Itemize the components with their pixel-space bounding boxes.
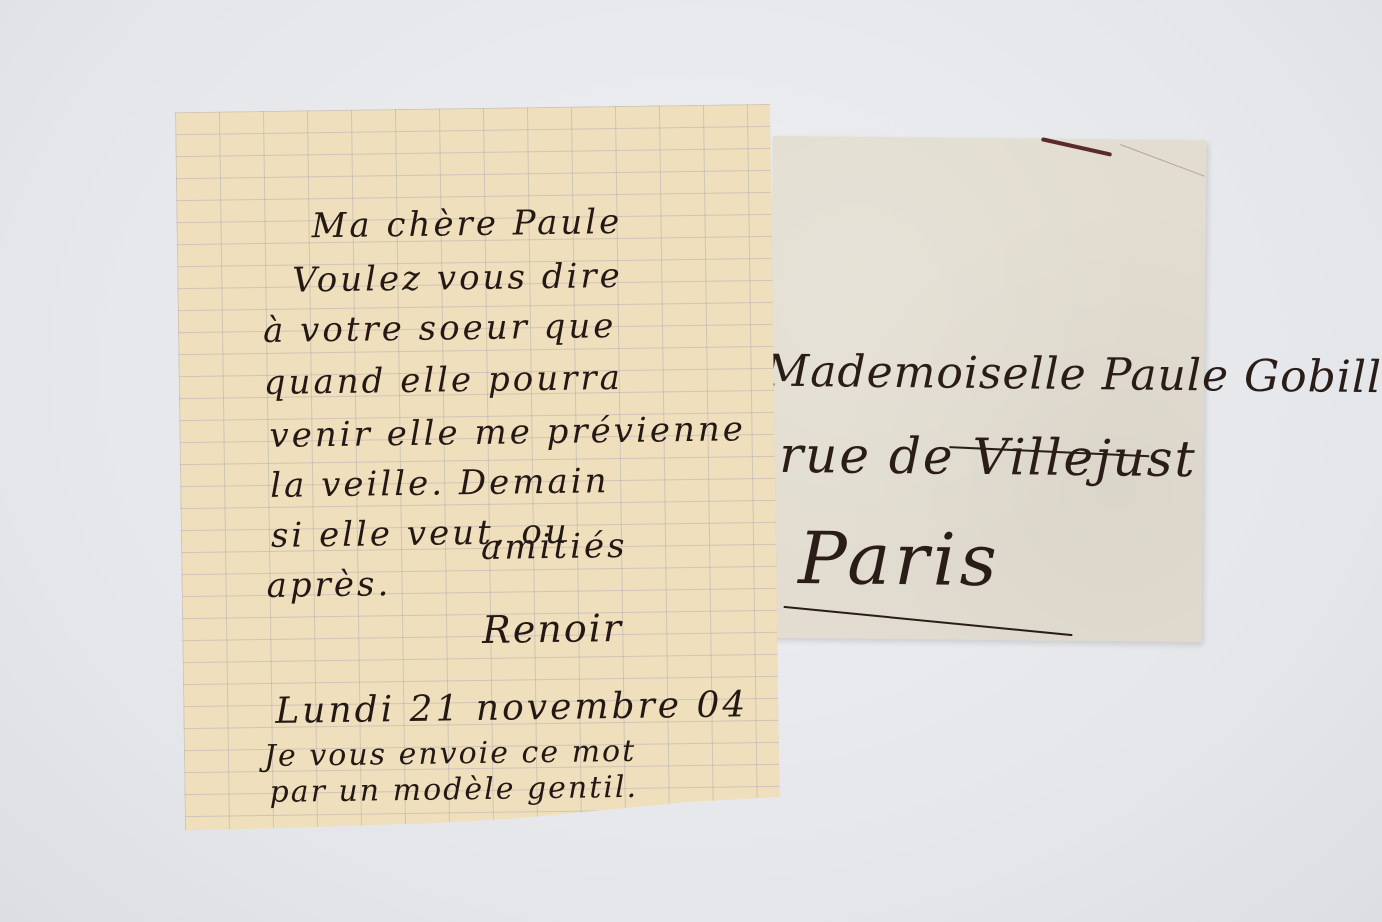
envelope: Mademoiselle Paule Gobillard rue de Vill… <box>767 136 1206 643</box>
letter-postscript: Je vous envoie ce mot <box>264 734 637 774</box>
letter-sheet: Ma chère Paule Voulez vous dire à votre … <box>175 104 780 834</box>
letter-line: quand elle pourra <box>263 358 623 403</box>
letter-line: venir elle me prévienne <box>269 409 746 456</box>
letter-line: après. <box>266 564 391 606</box>
envelope-street: rue de Villejust <box>779 426 1197 488</box>
letter-line: Voulez vous dire <box>292 256 623 301</box>
letter-postscript: par un modèle gentil. <box>269 770 638 810</box>
envelope-addressee: Mademoiselle Paule Gobillard <box>764 346 1382 404</box>
envelope-crease <box>1120 144 1205 177</box>
letter-date: Lundi 21 novembre 04 <box>275 684 749 732</box>
envelope-city-underline <box>784 606 1073 636</box>
envelope-tear <box>1041 137 1112 157</box>
letter-salutation: Ma chère Paule <box>311 202 622 246</box>
letter-closing: amitiés <box>481 526 628 568</box>
envelope-city: Paris <box>798 516 1001 602</box>
letter-line: la veille. Demain <box>270 461 610 506</box>
letter-signature: Renoir <box>482 606 623 652</box>
letter-line: à votre soeur que <box>263 306 617 351</box>
